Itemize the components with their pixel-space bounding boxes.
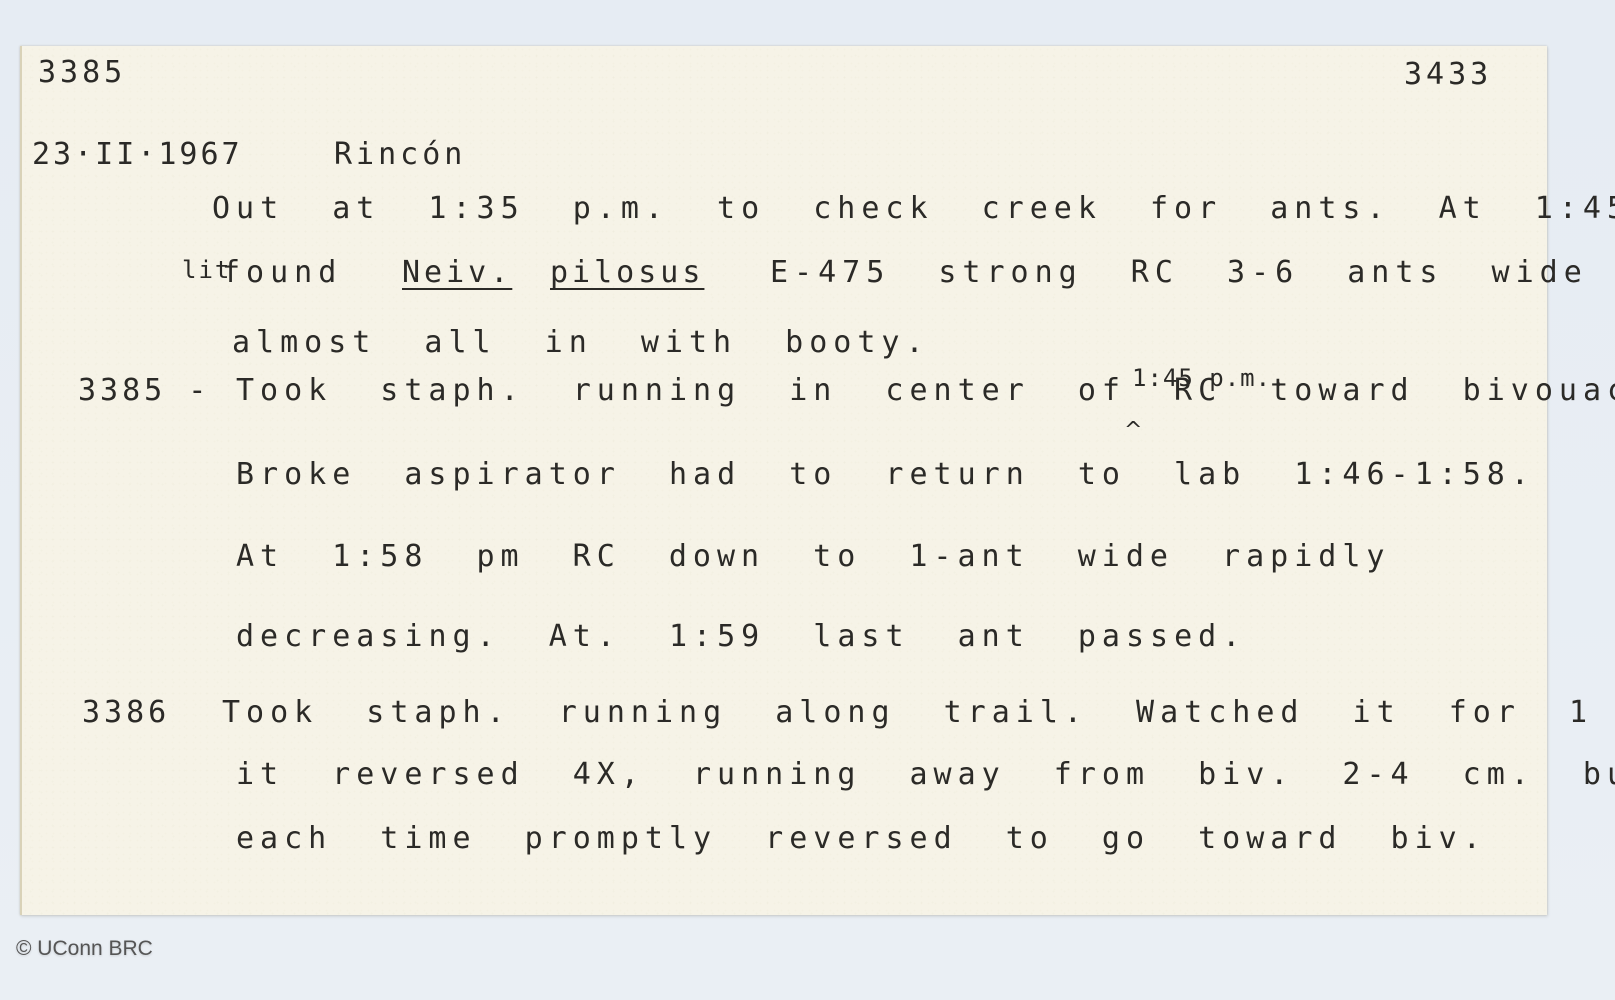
- genus-name: Neiv.: [402, 258, 512, 288]
- note-line-7: decreasing. At. 1:59 last ant passed.: [236, 622, 1246, 652]
- specimen-label-3385: 3385 -: [78, 376, 210, 406]
- catalog-number-left: 3385: [38, 58, 126, 88]
- note-line-9: it reversed 4X, running away from biv. 2…: [236, 760, 1615, 790]
- species-name: pilosus: [550, 258, 704, 288]
- note-line-10: each time promptly reversed to go toward…: [236, 824, 1487, 854]
- copyright-notice: © UConn BRC: [16, 937, 153, 961]
- locality: Rincón: [334, 140, 466, 170]
- catalog-number-right: 3433: [1404, 60, 1492, 90]
- collection-date: 23·II·1967: [32, 140, 243, 170]
- note-line-2-found: found: [222, 258, 342, 288]
- note-line-6: At 1:58 pm RC down to 1-ant wide rapidly: [236, 542, 1390, 572]
- note-line-3: almost all in with booty.: [232, 328, 930, 358]
- specimen-label-3386: 3386: [82, 698, 170, 728]
- note-line-5: Broke aspirator had to return to lab 1:4…: [236, 460, 1535, 490]
- field-note-card: 3385 3433 23·II·1967 Rincón Out at 1:35 …: [20, 46, 1547, 915]
- note-line-4: Took staph. running in center of RC towa…: [236, 376, 1615, 406]
- note-line-8: Took staph. running along trail. Watched…: [222, 698, 1615, 728]
- note-line-2-rest: E-475 strong RC 3-6 ants wide: [770, 258, 1588, 288]
- note-line-1: Out at 1:35 p.m. to check creek for ants…: [212, 194, 1615, 224]
- insertion-caret: ^: [1124, 418, 1142, 443]
- document-viewer: 3385 3433 23·II·1967 Rincón Out at 1:35 …: [0, 0, 1615, 1000]
